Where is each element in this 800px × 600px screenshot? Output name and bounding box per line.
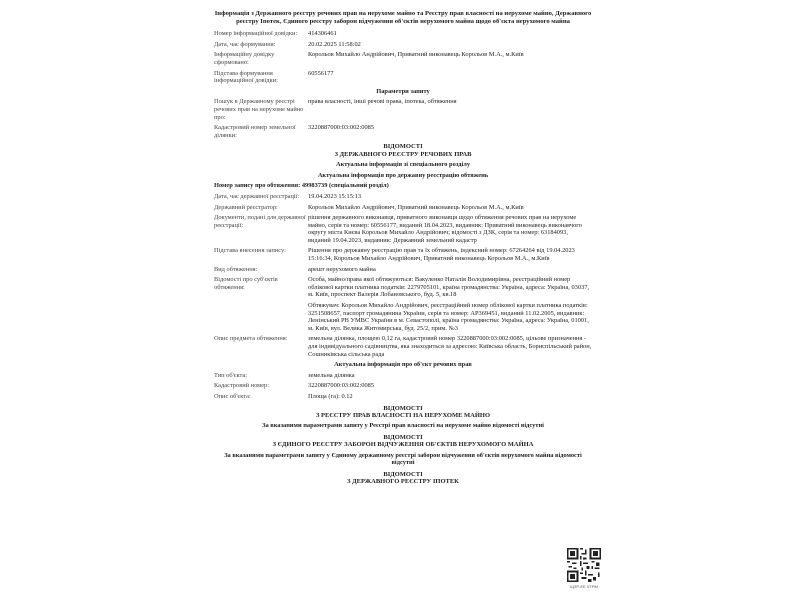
meta-label: Номер інформаційної довідки: bbox=[214, 30, 308, 38]
encumbrancer-info: Обтяжувач: Корольов Михайло Андрійович, … bbox=[308, 302, 592, 332]
query-label: Пошук в Державному реєстрі речових прав … bbox=[214, 98, 308, 121]
heading-line: З ДЕРЖАВНОГО РЕЄСТРУ РЕЧОВИХ ПРАВ bbox=[214, 151, 592, 158]
record-row: Документи, подані для державної реєстрац… bbox=[214, 214, 592, 244]
meta-value: Корольов Михайло Андрійович, Приватний в… bbox=[308, 51, 592, 66]
record-value: Корольов Михайло Андрійович, Приватний в… bbox=[308, 204, 592, 212]
meta-value: 20.02.2025 11:58:02 bbox=[308, 41, 592, 49]
object-label: Опис об'єкта: bbox=[214, 393, 308, 401]
meta-section: Номер інформаційної довідки:414306461 Да… bbox=[214, 30, 592, 85]
object-value: 3220887000:03:002:0085 bbox=[308, 382, 592, 390]
query-value: права власності, інші речові права, іпот… bbox=[308, 98, 592, 121]
record-label: Документи, подані для державної реєстрац… bbox=[214, 214, 308, 244]
meta-label: Інформаційну довідку сформовано: bbox=[214, 51, 308, 66]
heading-line: З РЕЄСТРУ ПРАВ ВЛАСНОСТІ НА НЕРУХОМЕ МАЙ… bbox=[214, 412, 592, 419]
meta-label: Підстава формування інформаційної довідк… bbox=[214, 70, 308, 85]
object-row: Кадастровий номер:3220887000:03:002:0085 bbox=[214, 382, 592, 390]
debtor-info: Особа, майно/права якої обтяжуються: Вак… bbox=[308, 276, 592, 299]
subjects-value: Особа, майно/права якої обтяжуються: Вак… bbox=[308, 276, 592, 332]
record-value: 19.04.2023 15:15:13 bbox=[308, 193, 592, 201]
object-row: Тип об'єкта:земельна ділянка bbox=[214, 372, 592, 380]
record-value: Рішення про державну реєстрацію прав та … bbox=[308, 247, 592, 262]
object-row: Опис об'єкта:Площа (га): 0.12 bbox=[214, 393, 592, 401]
bans-note: За вказаними параметрами запиту у Єдином… bbox=[214, 452, 592, 467]
heading-line: З ДЕРЖАВНОГО РЕЄСТРУ ІПОТЕК bbox=[214, 478, 592, 485]
object-heading: Актуальна інформація про об'єкт речових … bbox=[214, 361, 592, 369]
mortgage-registry-heading: ВІДОМОСТІ З ДЕРЖАВНОГО РЕЄСТРУ ІПОТЕК bbox=[214, 471, 592, 486]
meta-value: 414306461 bbox=[308, 30, 592, 38]
object-label: Кадастровий номер: bbox=[214, 382, 308, 390]
heading-line: ВІДОМОСТІ bbox=[214, 471, 592, 478]
qr-code-icon bbox=[567, 548, 601, 582]
ownership-note: За вказаними параметрами запиту у Реєстр… bbox=[214, 422, 592, 430]
meta-row: Інформаційну довідку сформовано:Корольов… bbox=[214, 51, 592, 66]
meta-row: Номер інформаційної довідки:414306461 bbox=[214, 30, 592, 38]
subject-desc-row: Опис предмета обтяження:земельна ділянка… bbox=[214, 335, 592, 358]
record-label: Підстава внесення запису: bbox=[214, 247, 308, 262]
heading-line: ВІДОМОСТІ bbox=[214, 143, 592, 150]
bans-registry-heading: ВІДОМОСТІ З ЄДИНОГО РЕЄСТРУ ЗАБОРОН ВІДЧ… bbox=[214, 434, 592, 449]
rights-registry-heading: ВІДОМОСТІ З ДЕРЖАВНОГО РЕЄСТРУ РЕЧОВИХ П… bbox=[214, 143, 592, 158]
query-value: 3220887000:03:002:0085 bbox=[308, 124, 592, 139]
record-label: Дата, час державної реєстрації: bbox=[214, 193, 308, 201]
subjects-label: Відомості про суб'єктів обтяження: bbox=[214, 276, 308, 332]
record-row: Вид обтяження:арешт нерухомого майна bbox=[214, 266, 592, 274]
special-section-heading: Актуальна інформація зі спеціального роз… bbox=[214, 161, 592, 169]
meta-row: Дата, час формування:20.02.2025 11:58:02 bbox=[214, 41, 592, 49]
object-value: Площа (га): 0.12 bbox=[308, 393, 592, 401]
subjects-row: Відомості про суб'єктів обтяження: Особа… bbox=[214, 276, 592, 332]
record-label: Державний реєстратор: bbox=[214, 204, 308, 212]
record-value: рішення державного виконавця, приватного… bbox=[308, 214, 592, 244]
record-value: арешт нерухомого майна bbox=[308, 266, 592, 274]
document-title: Інформація з Державного реєстру речових … bbox=[214, 10, 592, 25]
record-label: Опис предмета обтяження: bbox=[214, 335, 308, 358]
encumbrance-heading: Актуальна інформація про державну реєстр… bbox=[214, 172, 592, 180]
query-heading: Параметри запиту bbox=[214, 88, 592, 96]
record-label: Вид обтяження: bbox=[214, 266, 308, 274]
heading-line: ВІДОМОСТІ bbox=[214, 405, 592, 412]
query-row: Пошук в Державному реєстрі речових прав … bbox=[214, 98, 592, 121]
document-page: Інформація з Державного реєстру речових … bbox=[214, 10, 592, 489]
ownership-registry-heading: ВІДОМОСТІ З РЕЄСТРУ ПРАВ ВЛАСНОСТІ НА НЕ… bbox=[214, 405, 592, 420]
query-label: Кадастровий номер земельної ділянки: bbox=[214, 124, 308, 139]
qr-caption: ЩЗР-ЕЕ ЧТРМ bbox=[562, 584, 606, 589]
record-row: Підстава внесення запису:Рішення про дер… bbox=[214, 247, 592, 262]
record-row: Дата, час державної реєстрації:19.04.202… bbox=[214, 193, 592, 201]
meta-value: 60556177 bbox=[308, 70, 592, 85]
heading-line: З ЄДИНОГО РЕЄСТРУ ЗАБОРОН ВІДЧУЖЕННЯ ОБ'… bbox=[214, 441, 592, 448]
meta-label: Дата, час формування: bbox=[214, 41, 308, 49]
record-value: земельна ділянка, площею 0,12 га, кадаст… bbox=[308, 335, 592, 358]
meta-row: Підстава формування інформаційної довідк… bbox=[214, 70, 592, 85]
query-row: Кадастровий номер земельної ділянки:3220… bbox=[214, 124, 592, 139]
record-row: Державний реєстратор:Корольов Михайло Ан… bbox=[214, 204, 592, 212]
object-label: Тип об'єкта: bbox=[214, 372, 308, 380]
record-number: Номер запису про обтяження: 49983739 (сп… bbox=[214, 182, 592, 190]
object-value: земельна ділянка bbox=[308, 372, 592, 380]
